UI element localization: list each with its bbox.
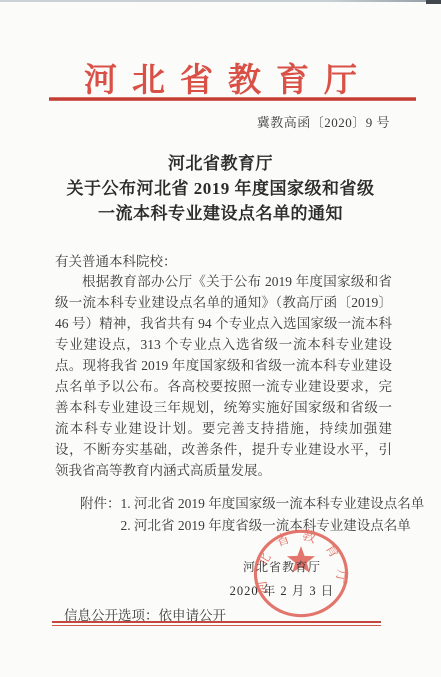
letterhead-org-name: 河北省教育厅 — [0, 54, 441, 101]
notice-title-line3: 一流本科专业建设点名单的通知 — [0, 201, 441, 226]
letterhead-red-rule — [49, 97, 416, 101]
signature-org: 河北省教育厅 — [221, 559, 343, 575]
salutation: 有关普通本科院校： — [55, 250, 177, 270]
footer-red-rule — [52, 621, 381, 626]
signature-block: 河北省教育厅 2020 年 2 月 3 日 — [221, 559, 343, 599]
body-paragraph: 根据教育部办公厅《关于公布 2019 年度国家级和省级一流本科专业建设点名单的通… — [55, 271, 392, 481]
notice-title: 河北省教育厅 关于公布河北省 2019 年度国家级和省级 一流本科专业建设点名单… — [0, 151, 441, 226]
scan-corner-artifact — [426, 0, 441, 4]
notice-title-line2: 关于公布河北省 2019 年度国家级和省级 — [0, 176, 441, 201]
footer-rule-thick-line — [52, 621, 381, 623]
scan-edge-artifact — [0, 0, 441, 2]
footer-rule-thin-line — [52, 625, 381, 626]
notice-title-line1: 河北省教育厅 — [0, 151, 441, 176]
document-reference-number: 冀教高函〔2020〕9 号 — [54, 112, 390, 131]
signature-date: 2020 年 2 月 3 日 — [221, 583, 343, 599]
document-page: 河北省教育厅 冀教高函〔2020〕9 号 河北省教育厅 关于公布河北省 2019… — [0, 0, 441, 677]
attachments-label: 附件： — [80, 493, 121, 537]
attachment-item: 1. 河北省 2019 年度国家级一流本科专业建设点名单 — [121, 493, 425, 515]
